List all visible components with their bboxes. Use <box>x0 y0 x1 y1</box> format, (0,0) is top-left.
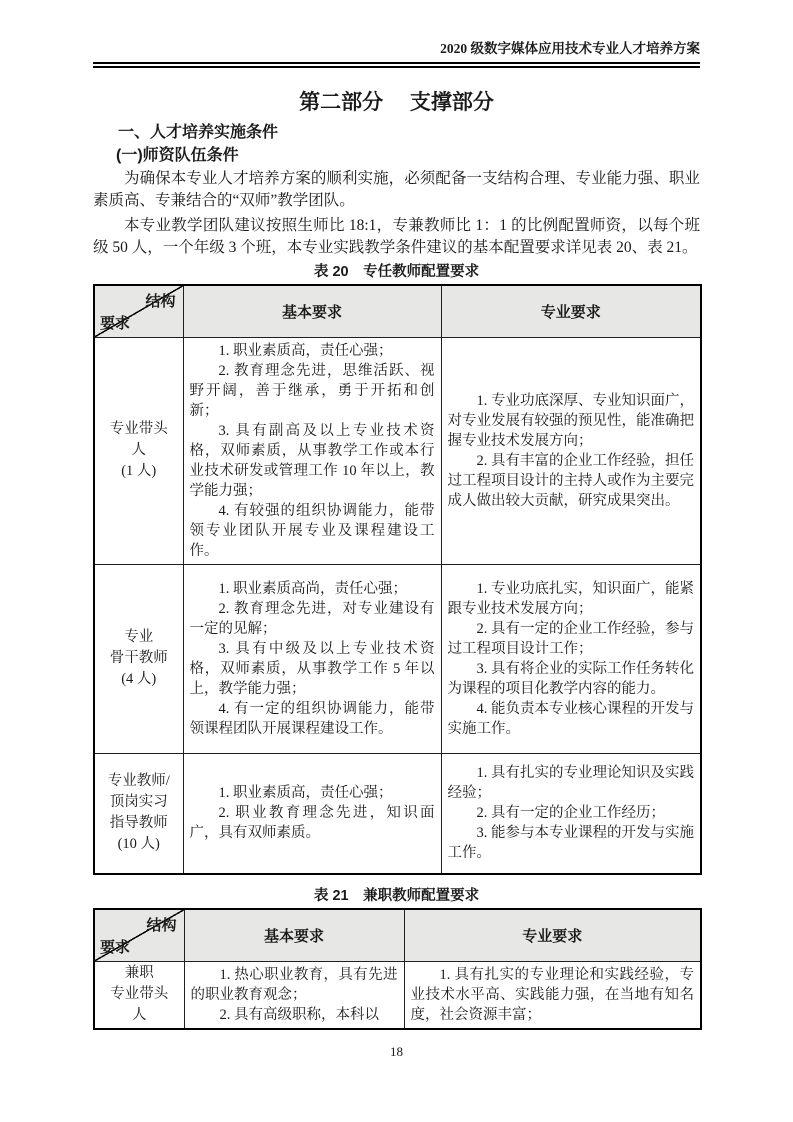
requirement-item: 2. 具有高级职称，本科以 <box>191 1005 398 1025</box>
professional-requirements-cell: 1. 专业功底扎实，知识面广，能紧跟专业技术发展方向；2. 具有一定的企业工作经… <box>441 564 701 753</box>
table21-corner-cell: 结构 要求 <box>94 909 184 961</box>
professional-requirements-cell: 1. 具有扎实的专业理论知识及实践经验；2. 具有一定的企业工作经历；3. 能参… <box>441 753 701 874</box>
requirement-item: 4. 能负责本专业核心课程的开发与实施工作。 <box>448 699 695 739</box>
table-row: 专业带头 人 (1 人) 1. 职业素质高，责任心强；2. 教育理念先进，思维活… <box>94 337 701 564</box>
header-rule-bottom <box>93 66 700 68</box>
table20-col-basic: 基本要求 <box>183 285 441 337</box>
corner-label-structure: 结构 <box>145 290 175 311</box>
requirement-item: 4. 有一定的组织协调能力，能带领课程团队开展课程建设工作。 <box>190 699 435 739</box>
paragraph-1: 为确保本专业人才培养方案的顺利实施，必须配备一支结构合理、专业能力强、职业素质高… <box>93 168 700 212</box>
requirement-item: 3. 能参与本专业课程的开发与实施工作。 <box>448 823 695 863</box>
basic-requirements-cell: 1. 职业素质高，责任心强；2. 职业教育理念先进，知识面广，具有双师素质。 <box>183 753 441 874</box>
requirement-item: 1. 职业素质高，责任心强； <box>190 783 435 803</box>
requirement-item: 3. 具有将企业的实际工作任务转化为课程的项目化教学内容的能力。 <box>448 659 695 699</box>
role-cell: 兼职 专业带头 人 <box>94 961 184 1029</box>
requirement-item: 1. 职业素质高，责任心强； <box>190 341 435 361</box>
requirement-item: 1. 专业功底扎实，知识面广，能紧跟专业技术发展方向； <box>448 579 695 619</box>
basic-requirements-cell: 1. 热心职业教育，具有先进的职业教育观念；2. 具有高级职称，本科以 <box>184 961 404 1029</box>
requirement-item: 4. 有较强的组织协调能力，能带领专业团队开展专业及课程建设工作。 <box>190 501 435 561</box>
requirement-item: 2. 教育理念先进，思维活跃、视野开阔，善于继承，勇于开拓和创新； <box>190 361 435 421</box>
requirement-item: 2. 教育理念先进，对专业建设有一定的见解； <box>190 599 435 639</box>
table20-header-row: 结构 要求 基本要求 专业要求 <box>94 285 701 337</box>
section-heading-1: 一、人才培养实施条件 <box>118 124 700 142</box>
page-number: 18 <box>93 1044 700 1060</box>
corner-label-requirement: 要求 <box>100 312 130 333</box>
table20-col-professional: 专业要求 <box>441 285 701 337</box>
basic-requirements-cell: 1. 职业素质高尚，责任心强；2. 教育理念先进，对专业建设有一定的见解；3. … <box>183 564 441 753</box>
paragraph-2: 本专业教学团队建议按照生师比 18:1，专兼教师比 1：1 的比例配置师资，以每… <box>93 215 700 259</box>
table21-parttime-teachers: 结构 要求 基本要求 专业要求 兼职 专业带头 人 1. 热心职业教育，具有先进… <box>93 908 702 1030</box>
requirement-item: 2. 具有一定的企业工作经历； <box>448 803 695 823</box>
corner-label-structure: 结构 <box>146 914 176 935</box>
requirement-item: 2. 具有丰富的企业工作经验，担任过工程项目设计的主持人或作为主要完成人做出较大… <box>448 451 695 511</box>
role-cell: 专业带头 人 (1 人) <box>94 337 183 564</box>
requirement-item: 2. 职业教育理念先进，知识面广，具有双师素质。 <box>190 803 435 843</box>
table20-caption: 表 20 专任教师配置要求 <box>93 263 700 281</box>
document-page: 2020 级数字媒体应用技术专业人才培养方案 第二部分 支撑部分 一、人才培养实… <box>0 0 793 1122</box>
header-rule-top <box>93 62 700 64</box>
requirement-item: 1. 热心职业教育，具有先进的职业教育观念； <box>191 965 398 1005</box>
table21-col-professional: 专业要求 <box>404 909 701 961</box>
table-row: 兼职 专业带头 人 1. 热心职业教育，具有先进的职业教育观念；2. 具有高级职… <box>94 961 701 1029</box>
requirement-item: 1. 职业素质高尚，责任心强； <box>190 579 435 599</box>
table20-fulltime-teachers: 结构 要求 基本要求 专业要求 专业带头 人 (1 人) 1. 职业素质高，责任… <box>93 284 702 875</box>
running-header: 2020 级数字媒体应用技术专业人才培养方案 <box>93 40 700 58</box>
corner-label-requirement: 要求 <box>100 936 130 957</box>
page-title: 第二部分 支撑部分 <box>93 88 700 118</box>
section-heading-2: (一)师资队伍条件 <box>116 147 700 165</box>
table20-corner-cell: 结构 要求 <box>94 285 183 337</box>
basic-requirements-cell: 1. 职业素质高，责任心强；2. 教育理念先进，思维活跃、视野开阔，善于继承，勇… <box>183 337 441 564</box>
requirement-item: 1. 具有扎实的专业理论和实践经验，专业技术水平高、实践能力强，在当地有知名度，… <box>411 965 695 1025</box>
table-row: 专业 骨干教师 (4 人) 1. 职业素质高尚，责任心强；2. 教育理念先进，对… <box>94 564 701 753</box>
requirement-item: 2. 具有一定的企业工作经验，参与过工程项目设计工作； <box>448 619 695 659</box>
table21-header-row: 结构 要求 基本要求 专业要求 <box>94 909 701 961</box>
role-cell: 专业 骨干教师 (4 人) <box>94 564 183 753</box>
role-cell: 专业教师/ 顶岗实习 指导教师 (10 人) <box>94 753 183 874</box>
requirement-item: 1. 专业功底深厚、专业知识面广，对专业发展有较强的预见性，能准确把握专业技术发… <box>448 391 695 451</box>
table21-caption: 表 21 兼职教师配置要求 <box>93 887 700 905</box>
table21-col-basic: 基本要求 <box>184 909 404 961</box>
requirement-item: 3. 具有中级及以上专业技术资格，双师素质，从事教学工作 5 年以上，教学能力强… <box>190 639 435 699</box>
professional-requirements-cell: 1. 具有扎实的专业理论和实践经验，专业技术水平高、实践能力强，在当地有知名度，… <box>404 961 701 1029</box>
requirement-item: 1. 具有扎实的专业理论知识及实践经验； <box>448 763 695 803</box>
table-row: 专业教师/ 顶岗实习 指导教师 (10 人) 1. 职业素质高，责任心强；2. … <box>94 753 701 874</box>
professional-requirements-cell: 1. 专业功底深厚、专业知识面广，对专业发展有较强的预见性，能准确把握专业技术发… <box>441 337 701 564</box>
requirement-item: 3. 具有副高及以上专业技术资格，双师素质，从事教学工作或本行业技术研发或管理工… <box>190 421 435 501</box>
